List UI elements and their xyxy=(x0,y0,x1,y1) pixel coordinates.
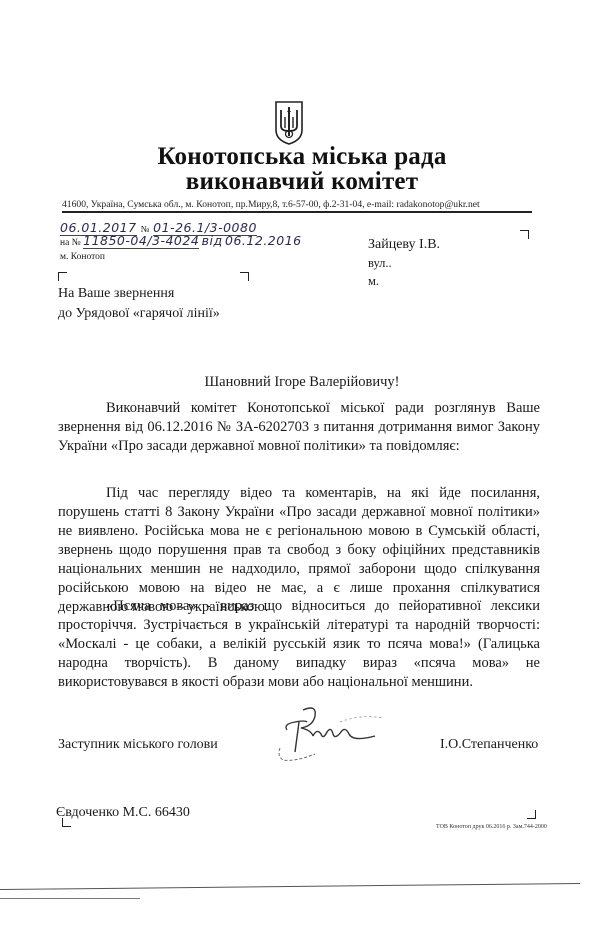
reply-date: 06.12.2016 xyxy=(225,233,302,248)
recipient-name: Зайцеву І.В. xyxy=(368,236,440,254)
reply-number: 11850-04/3-4024 xyxy=(83,233,199,249)
handwritten-signature-icon xyxy=(265,700,390,770)
body-paragraph: Виконавчий комітет Конотопської міської … xyxy=(58,399,540,456)
reference-line-1: На Ваше звернення xyxy=(58,284,220,304)
recipient-street: вул.. xyxy=(368,254,440,272)
printer-note: ТОВ Конотоп друк 06.2016 р. Зам.744-2000 xyxy=(436,824,547,830)
scan-edge-line xyxy=(0,883,580,890)
corner-mark xyxy=(527,810,536,819)
reply-prefix: на № xyxy=(60,238,81,248)
body-paragraph: «Псяча мова» - вираз що відноситься до п… xyxy=(58,597,540,692)
corner-mark xyxy=(240,272,249,281)
subject-reference: На Ваше звернення до Урядової «гарячої л… xyxy=(58,284,220,324)
scan-edge-line xyxy=(0,898,140,899)
issue-city: м. Конотоп xyxy=(60,252,105,262)
organization-address: 41600, Україна, Сумська обл., м. Конотоп… xyxy=(62,199,532,213)
recipient-block: Зайцеву І.В. вул.. м. xyxy=(368,236,440,290)
recipient-city: м. xyxy=(368,272,440,290)
reference-line-2: до Урядової «гарячої лінії» xyxy=(58,304,220,324)
reply-date-prefix: від xyxy=(202,233,223,248)
executor-contact: Євдоченко М.С. 66430 xyxy=(56,805,190,821)
corner-mark xyxy=(520,230,529,239)
signatory-position: Заступник міського голови xyxy=(58,737,218,753)
organization-title: Конотопська міська рада xyxy=(0,143,604,171)
corner-mark xyxy=(58,272,67,281)
corner-mark xyxy=(62,818,71,827)
incoming-reference: на № 11850-04/3-4024 від 06.12.2016 xyxy=(60,233,302,248)
trident-coat-of-arms-icon xyxy=(274,100,304,146)
organization-subtitle: виконавчий комітет xyxy=(0,168,604,196)
signatory-name: І.О.Степанченко xyxy=(440,737,538,753)
greeting: Шановний Ігоре Валерійовичу! xyxy=(0,374,604,391)
